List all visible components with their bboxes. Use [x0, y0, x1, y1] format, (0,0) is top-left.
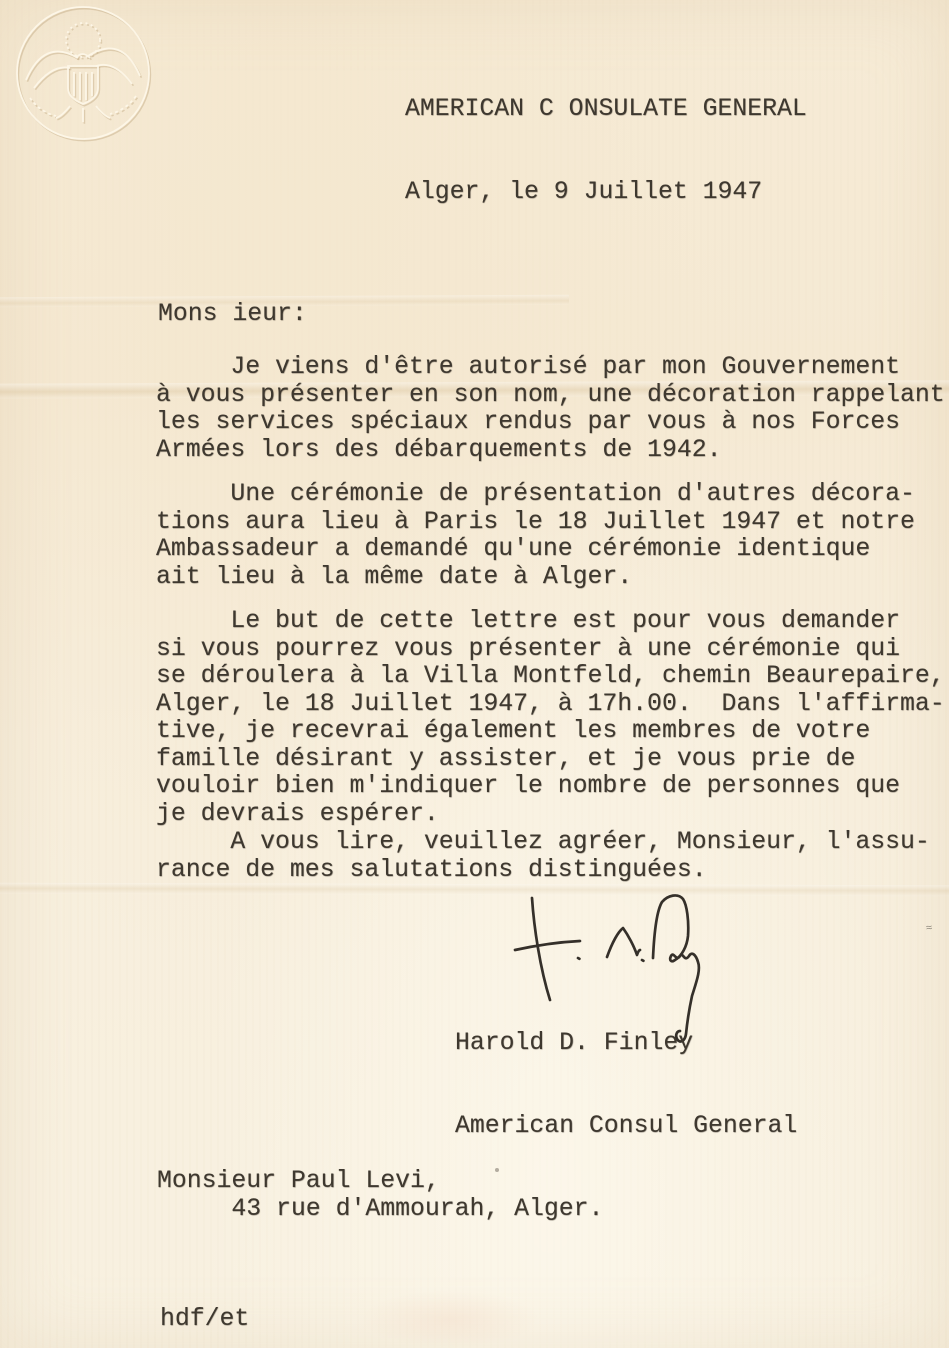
salutation: Mons ieur: — [158, 301, 307, 329]
closing-paragraph: A vous lire, veuillez agréer, Monsieur, … — [156, 829, 930, 884]
consulate-name: AMERICAN C ONSULATE GENERAL — [405, 96, 807, 124]
signature-block: Harold D. Finley American Consul General — [455, 975, 797, 1195]
typist-reference: hdf/et — [160, 1306, 249, 1334]
letter-page: AMERICAN C ONSULATE GENERAL Alger, le 9 … — [0, 0, 949, 1348]
paper-fold-crease — [0, 883, 949, 896]
paper-stain — [360, 1290, 540, 1348]
great-seal-embossed-icon — [4, 2, 172, 160]
paragraph-2: Une cérémonie de présentation d'autres d… — [156, 481, 915, 591]
letterhead: AMERICAN C ONSULATE GENERAL Alger, le 9 … — [405, 41, 807, 261]
dateline: Alger, le 9 Juillet 1947 — [405, 179, 807, 207]
signer-title: American Consul General — [455, 1113, 797, 1141]
paragraph-3: Le but de cette lettre est pour vous dem… — [156, 608, 945, 828]
signer-name: Harold D. Finley — [455, 1030, 797, 1058]
recipient-address: Monsieur Paul Levi, 43 rue d'Ammourah, A… — [157, 1168, 603, 1223]
paper-mark — [495, 1168, 499, 1172]
paper-mark: ≈ — [925, 923, 933, 936]
paragraph-1: Je viens d'être autorisé par mon Gouvern… — [156, 354, 945, 464]
